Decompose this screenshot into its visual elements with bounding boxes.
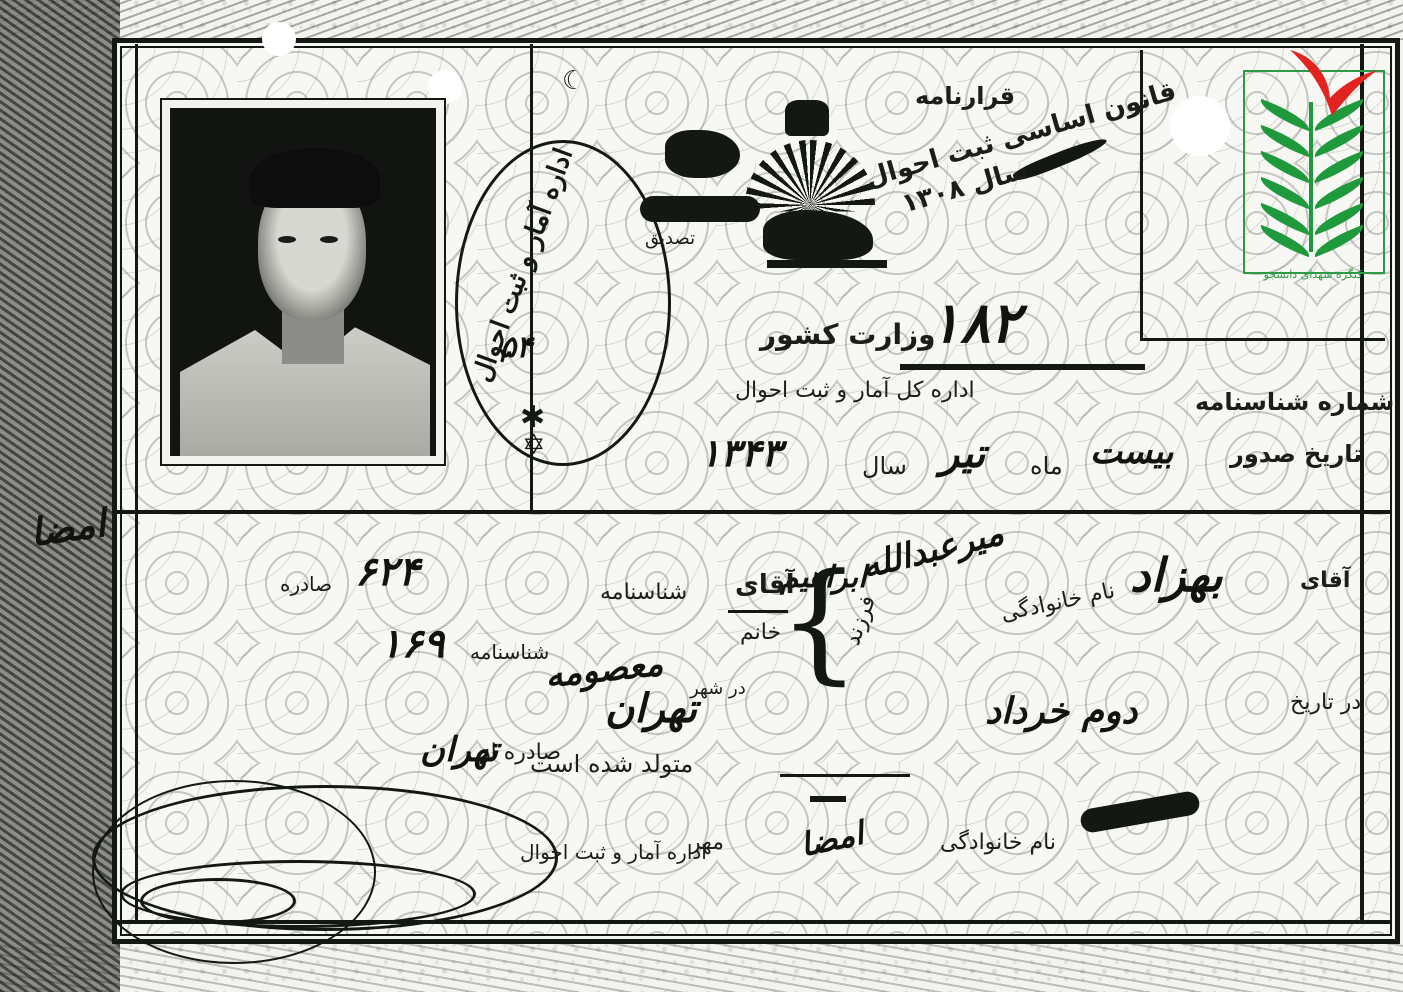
birth-city-label: در شهر: [690, 678, 746, 699]
inner-border-left: [135, 44, 138, 924]
honorific-male: آقای: [735, 570, 795, 600]
seal-number: ۵۴: [500, 330, 532, 365]
ink-blot: [640, 196, 760, 222]
field-dash: [810, 796, 846, 802]
ministry-name: وزارت کشور: [760, 318, 936, 351]
punch-hole: [262, 22, 296, 56]
photo-hair: [250, 148, 380, 208]
year-label: سال: [862, 452, 907, 480]
mother-cert-number: ۱۶۹: [380, 620, 444, 667]
father-cert-label: شناسنامه: [600, 580, 687, 605]
emblem-pedestal: [767, 260, 887, 268]
scan-top-edge: [0, 0, 1403, 40]
crown-icon: [785, 100, 829, 136]
brace-symbol: {: [778, 545, 861, 697]
badge-stem: [1309, 102, 1313, 252]
portrait-photo: [160, 98, 446, 466]
birth-city-value: تهران: [605, 685, 697, 732]
mother-cert-label: شناسنامه: [470, 640, 549, 664]
month-value: تیر: [940, 430, 985, 477]
badge-box-bottom: [1140, 338, 1385, 341]
month-label: ماه: [1030, 452, 1063, 480]
birth-date-value: دوم خرداد: [985, 690, 1137, 732]
badge-caption: کنگره شهدای دانشجو: [1243, 268, 1383, 281]
serial-number: ۱۸۲: [930, 290, 1020, 356]
field-underline: [780, 774, 910, 777]
emblem-caption: تصدیق: [645, 228, 695, 249]
seal-star-icon: ✡: [522, 428, 545, 461]
department-name: اداره کل آمار و ثبت احوال: [735, 378, 975, 403]
father-cert-number: ۶۲۴: [355, 548, 419, 595]
section-divider: [112, 510, 1390, 514]
serial-underline: [900, 364, 1145, 370]
photo-image: [170, 108, 436, 456]
crescent-icon: ☾: [562, 66, 585, 96]
issued-by-value: تهران: [420, 730, 498, 770]
red-bird-icon: [1288, 46, 1380, 120]
footer-family-note: نام خانوادگی: [940, 830, 1056, 855]
lion-icon: [763, 210, 873, 260]
honorific-female: خانم: [740, 620, 781, 645]
birth-date-label: در تاریخ: [1290, 690, 1361, 715]
year-value: ۱۳۴۳: [700, 430, 782, 475]
photo-eye: [320, 236, 338, 243]
oval-stamp-circle: [92, 780, 376, 964]
first-name-value: بهزاد: [1130, 548, 1223, 602]
first-name-label: آقای: [1300, 568, 1350, 593]
photo-eye: [278, 236, 296, 243]
honorific-divider: [728, 610, 788, 613]
father-issue-label: صادره: [280, 572, 332, 596]
certificate-number-label: شماره شناسنامه: [1195, 388, 1394, 416]
issue-day-value: بیست: [1090, 432, 1173, 472]
issue-date-label: تاریخ صدور: [1230, 440, 1362, 468]
ink-blot: [665, 130, 740, 178]
header-top-line: قرارنامه: [915, 82, 1015, 110]
